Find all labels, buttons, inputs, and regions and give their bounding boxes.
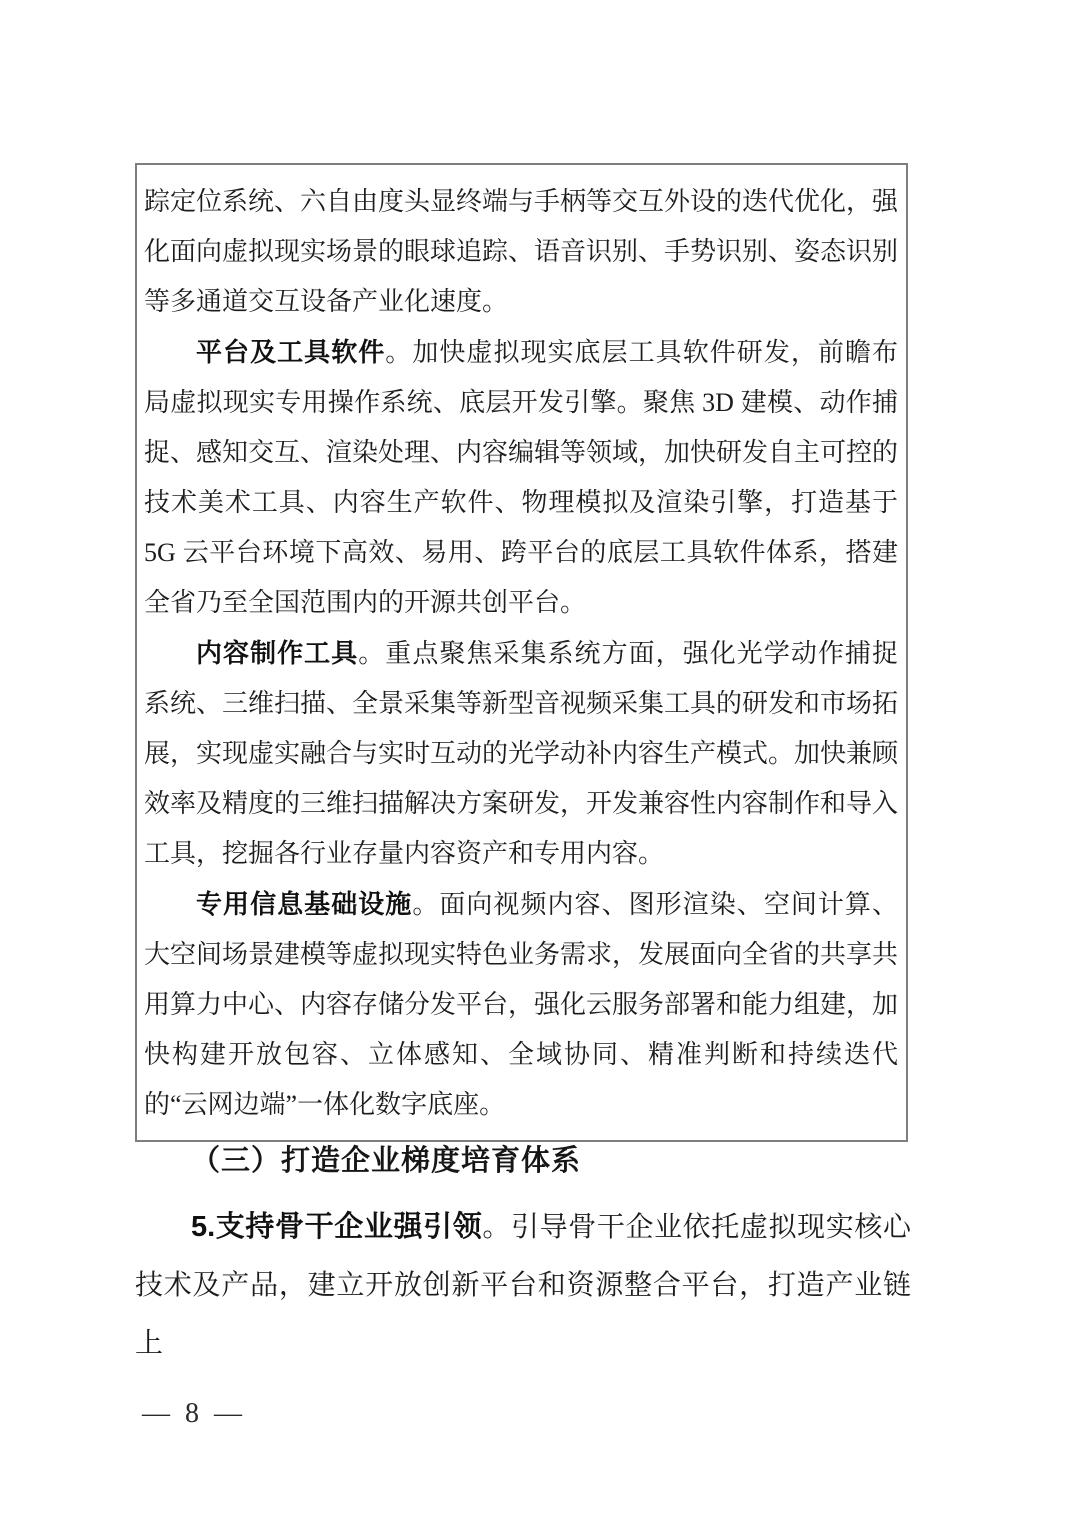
numbered-paragraph-5: 5.支持骨干企业强引领。引导骨干企业依托虚拟现实核心技术及产品，建立开放创新平台… [135, 1198, 911, 1373]
paragraph-separator: 。 [412, 890, 439, 919]
paragraph-continuation: 踪定位系统、六自由度头显终端与手柄等交互外设的迭代优化，强化面向虚拟现实场景的眼… [144, 177, 898, 327]
paragraph-body: 加快虚拟现实底层工具软件研发，前瞻布局虚拟现实专用操作系统、底层开发引擎。聚焦 … [144, 338, 898, 617]
document-page: 踪定位系统、六自由度头显终端与手柄等交互外设的迭代优化，强化面向虚拟现实场景的眼… [0, 0, 1080, 1527]
paragraph-infrastructure: 专用信息基础设施。面向视频内容、图形渲染、空间计算、大空间场景建模等虚拟现实特色… [144, 879, 898, 1130]
paragraph-platform-tools: 平台及工具软件。加快虚拟现实底层工具软件研发，前瞻布局虚拟现实专用操作系统、底层… [144, 327, 898, 628]
section-heading: （三）打造企业梯度培育体系 [135, 1138, 911, 1184]
paragraph-separator: 。 [482, 1212, 511, 1243]
page-number: — 8 — [142, 1398, 246, 1430]
section-three: （三）打造企业梯度培育体系 5.支持骨干企业强引领。引导骨干企业依托虚拟现实核心… [135, 1138, 911, 1373]
bordered-content-box: 踪定位系统、六自由度头显终端与手柄等交互外设的迭代优化，强化面向虚拟现实场景的眼… [135, 163, 908, 1142]
paragraph-separator: 。 [358, 639, 385, 668]
paragraph-lead: 5.支持骨干企业强引领 [191, 1211, 482, 1243]
paragraph-body: 面向视频内容、图形渲染、空间计算、大空间场景建模等虚拟现实特色业务需求，发展面向… [144, 890, 898, 1119]
paragraph-separator: 。 [385, 338, 412, 367]
paragraph-content-tools: 内容制作工具。重点聚焦采集系统方面，强化光学动作捕捉系统、三维扫描、全景采集等新… [144, 628, 898, 879]
paragraph-lead: 专用信息基础设施 [196, 889, 412, 919]
paragraph-lead: 平台及工具软件 [196, 337, 385, 367]
paragraph-body: 重点聚焦采集系统方面，强化光学动作捕捉系统、三维扫描、全景采集等新型音视频采集工… [144, 639, 898, 868]
paragraph-body: 踪定位系统、六自由度头显终端与手柄等交互外设的迭代优化，强化面向虚拟现实场景的眼… [144, 187, 898, 316]
paragraph-lead: 内容制作工具 [196, 638, 358, 668]
